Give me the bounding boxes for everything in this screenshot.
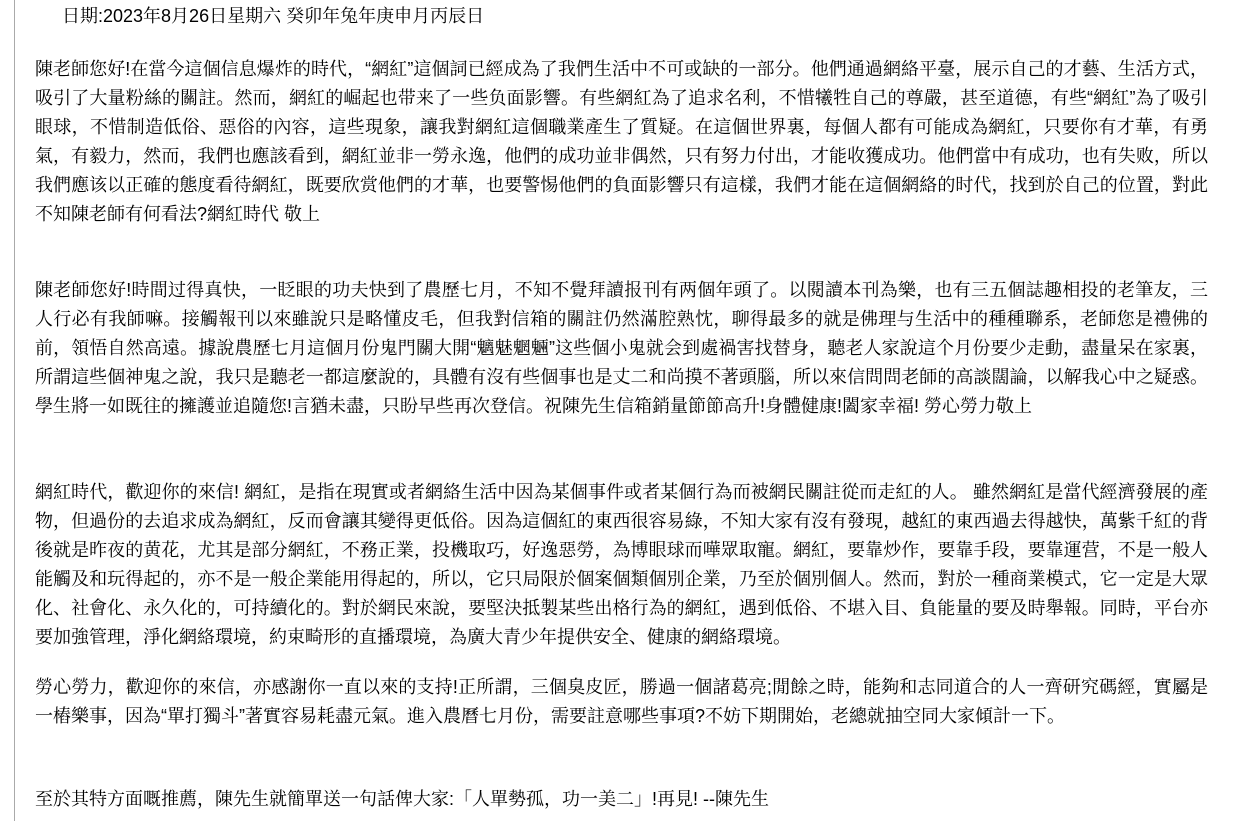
paragraph-reader-letter-1: 陳老師您好!在當今這個信息爆炸的時代，“網紅”這個詞已經成為了我們生活中不可或缺… — [35, 55, 1208, 229]
letter-document: 日期:2023年8月26日星期六 癸卯年兔年庚申月丙辰日 陳老師您好!在當今這個… — [35, 2, 1208, 814]
paragraph-reply-wanghong: 網紅時代，歡迎你的來信! 網紅，是指在現實或者網絡生活中因為某個事件或者某個行為… — [35, 478, 1208, 652]
paragraph-closing-recommendation: 至於其特方面嘅推薦，陳先生就簡單送一句話俾大家:「人單勢孤，功一美二」!再見! … — [35, 785, 1208, 814]
paragraph-reply-laoxinlaoli: 勞心勞力，歡迎你的來信，亦感謝你一直以來的支持!正所謂，三個臭皮匠，勝過一個諸葛… — [35, 673, 1208, 731]
date-line: 日期:2023年8月26日星期六 癸卯年兔年庚申月丙辰日 — [35, 2, 1208, 31]
quote-left-border — [14, 0, 15, 821]
paragraph-reader-letter-2: 陳老師您好!時間过得真快，一眨眼的功夫快到了農歷七月，不知不覺拜讀报刊有两個年頭… — [35, 276, 1208, 421]
